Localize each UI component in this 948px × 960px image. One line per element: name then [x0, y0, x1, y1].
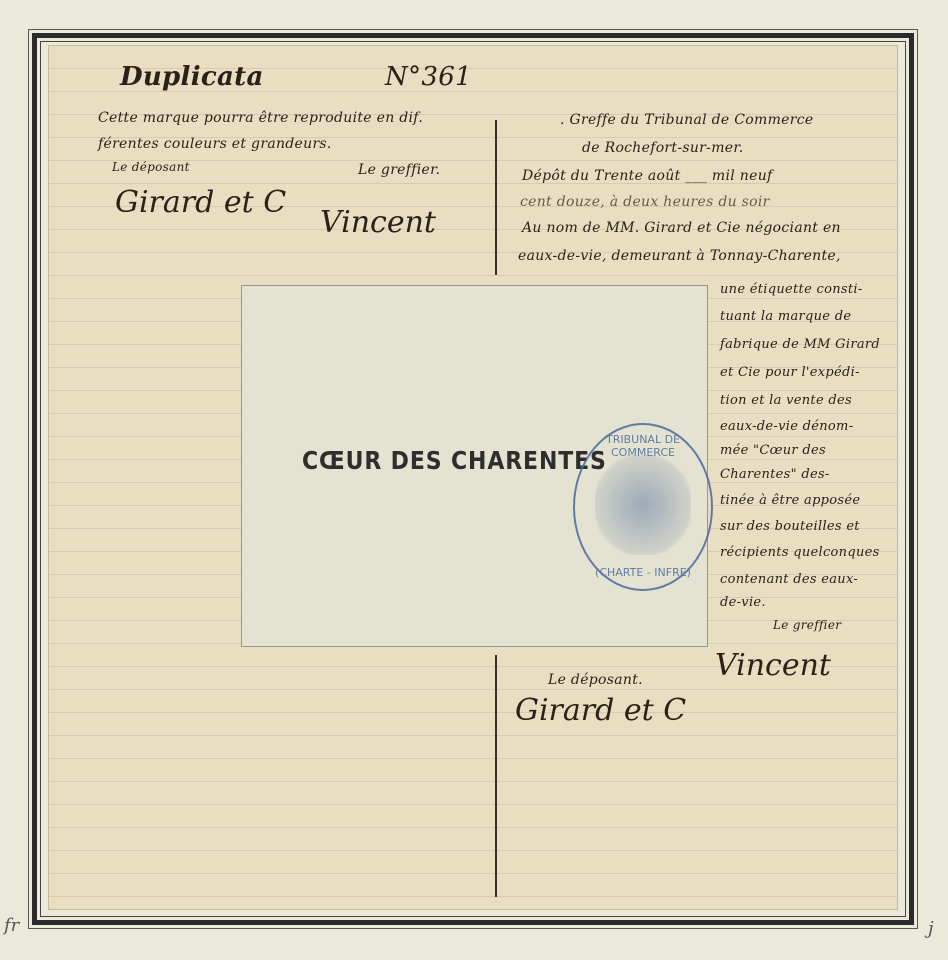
note-line-2: férentes couleurs et grandeurs. — [98, 136, 332, 152]
tribunal-stamp: TRIBUNAL DE COMMERCE (CHARTE - INFRE) — [573, 423, 713, 591]
margin-mark-left: fr — [4, 915, 19, 936]
stamp-emblem — [595, 455, 691, 555]
registration-line: tinée à être apposée — [720, 493, 860, 508]
registration-line: Dépôt du Trente août ___ mil neuf — [522, 168, 773, 184]
label-text: CŒUR DES CHARENTES — [302, 446, 607, 475]
registration-line: contenant des eaux- — [720, 572, 858, 587]
deposant-signature-bottom: Girard et C — [515, 693, 686, 728]
registration-line: mée "Cœur des — [720, 443, 826, 458]
registration-line: cent douze, à deux heures du soir — [520, 194, 770, 210]
registration-line: . Greffe du Tribunal de Commerce — [560, 112, 813, 128]
registration-line: Au nom de MM. Girard et Cie négociant en — [522, 220, 841, 236]
deposant-label: Le déposant — [112, 160, 190, 174]
registration-line: et Cie pour l'expédi- — [720, 365, 860, 380]
registration-line: tuant la marque de — [720, 309, 851, 324]
registration-line: Charentes" des- — [720, 467, 830, 482]
note-line-1: Cette marque pourra être reproduite en d… — [98, 110, 423, 126]
greffier-label: Le greffier. — [358, 162, 440, 178]
registration-line: sur des bouteilles et — [720, 519, 860, 534]
divider-bottom — [495, 655, 497, 897]
registration-line: fabrique de MM Girard — [720, 337, 880, 352]
greffier-signature-right: Vincent — [715, 648, 831, 683]
divider-top — [495, 120, 497, 275]
stamp-bottom-text: (CHARTE - INFRE) — [575, 566, 711, 579]
registration-line: de Rochefort-sur-mer. — [582, 140, 744, 156]
greffier-label-right: Le greffier — [773, 618, 841, 632]
margin-mark-right: j — [928, 918, 934, 939]
registration-line: récipients quelconques — [720, 545, 880, 560]
registration-number: N°361 — [385, 62, 472, 92]
registration-line: eaux-de-vie dénom- — [720, 419, 853, 434]
deposant-signature: Girard et C — [115, 185, 286, 220]
deposant-label-bottom: Le déposant. — [548, 672, 643, 688]
registration-line: une étiquette consti- — [720, 282, 863, 297]
registration-line: tion et la vente des — [720, 393, 852, 408]
greffier-signature: Vincent — [320, 205, 436, 240]
duplicata-title: Duplicata — [120, 62, 264, 92]
registration-line: de-vie. — [720, 595, 766, 610]
registration-line: eaux-de-vie, demeurant à Tonnay-Charente… — [518, 248, 841, 264]
